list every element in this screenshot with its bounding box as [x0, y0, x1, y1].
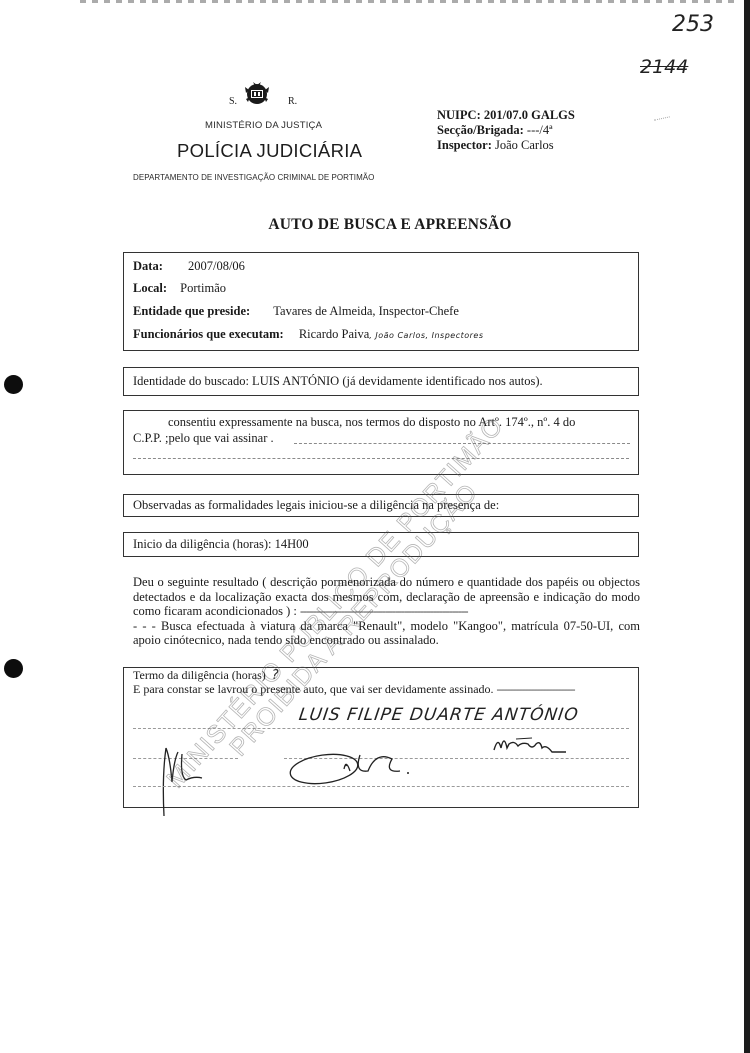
local-label: Local: — [133, 281, 167, 295]
emblem-right-letter: R. — [288, 96, 297, 107]
punch-hole-icon — [4, 659, 23, 678]
emblem-left-letter: S. — [229, 96, 237, 107]
nuipc-label: NUIPC: — [437, 108, 481, 122]
seccao-value: ---/4ª — [527, 123, 553, 137]
inspector-value: João Carlos — [495, 138, 554, 152]
scan-edge-artifact — [80, 0, 740, 3]
signature-rule — [133, 458, 629, 459]
dash-fill: -------------------------- — [497, 682, 575, 696]
scan-mark — [654, 116, 670, 120]
entidade-label: Entidade que preside: — [133, 304, 250, 318]
nuipc-value: 201/07.0 GALGS — [484, 108, 575, 122]
entidade-value: Tavares de Almeida, Inspector-Chefe — [273, 304, 459, 318]
page-number-handwritten: 253 — [672, 12, 714, 37]
punch-hole-icon — [4, 375, 23, 394]
consentimento-box: consentiu expressamente na busca, nos te… — [123, 410, 639, 475]
ministry-name: MINISTÉRIO DA JUSTIÇA — [205, 120, 322, 131]
funcionarios-handwritten: , João Carlos, Inspectores — [369, 331, 483, 340]
signature-line — [133, 786, 629, 787]
document-title: AUTO DE BUSCA E APREENSÃO — [0, 216, 750, 234]
signature-icon — [492, 730, 572, 760]
scan-border — [744, 0, 750, 1053]
data-label: Data: — [133, 259, 163, 273]
data-value: 2007/08/06 — [188, 259, 245, 273]
details-box: Data: 2007/08/06 Local: Portimão Entidad… — [123, 252, 639, 351]
coat-of-arms-icon — [243, 81, 271, 107]
observadas-box: Observadas as formalidades legais inicio… — [123, 494, 639, 517]
inspector-label: Inspector: — [437, 138, 492, 152]
funcionarios-value: Ricardo Paiva — [299, 327, 369, 341]
consentimento-line1: consentiu expressamente na busca, nos te… — [168, 415, 575, 430]
inicio-text: Inicio da diligência (horas): 14H00 — [133, 537, 309, 552]
funcionarios-label: Funcionários que executam: — [133, 327, 284, 341]
case-info: NUIPC: 201/07.0 GALGS Secção/Brigada: --… — [437, 108, 575, 153]
signature-printed-name: LUIS FILIPE DUARTE ANTÓNIO — [298, 705, 580, 725]
consentimento-line2: C.P.P. ;pelo que vai assinar . — [133, 431, 274, 446]
identidade-text: Identidade do buscado: LUIS ANTÓNIO (já … — [133, 374, 543, 389]
department-name: DEPARTAMENTO DE INVESTIGAÇÃO CRIMINAL DE… — [133, 173, 374, 182]
agency-name: POLÍCIA JUDICIÁRIA — [177, 140, 362, 162]
local-value: Portimão — [180, 281, 226, 295]
resultado-body: - - - Busca efectuada à viatura da marca… — [133, 619, 640, 648]
seccao-label: Secção/Brigada: — [437, 123, 524, 137]
secondary-number-handwritten: 2144 — [640, 56, 688, 78]
identidade-box: Identidade do buscado: LUIS ANTÓNIO (já … — [123, 367, 639, 396]
